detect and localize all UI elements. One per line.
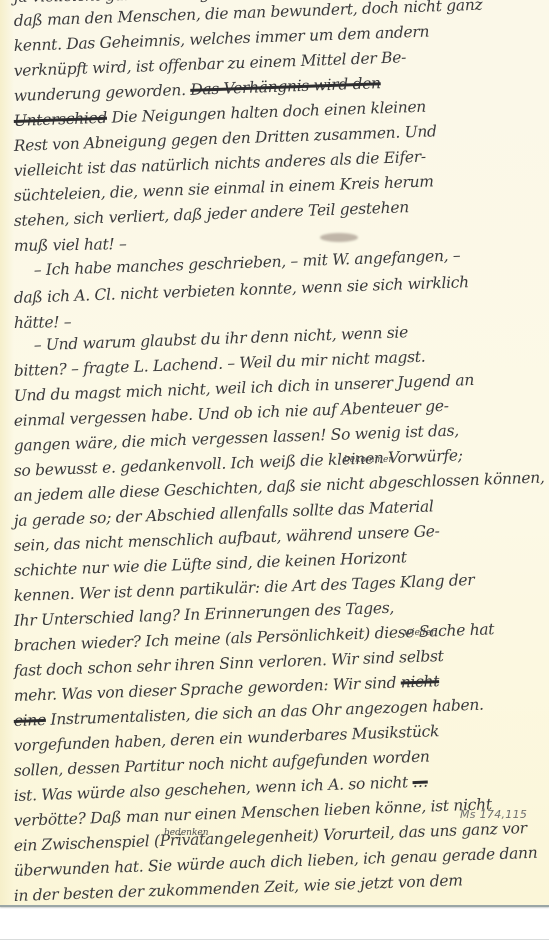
interlinear-insertion: wieder — [404, 628, 435, 638]
bottom-rule — [0, 939, 549, 940]
manuscript-page: ja vielleicht gar nicht so ganz … daß ma… — [0, 0, 549, 907]
interlinear-insertion: bekommen — [344, 455, 394, 465]
interlinear-insertion: bedenken — [164, 828, 209, 838]
struck-text: Unterschied — [13, 109, 107, 130]
struck-text: … — [412, 773, 428, 792]
struck-text: eine — [13, 711, 46, 730]
struck-text: nicht — [400, 672, 439, 691]
ink-smudge — [320, 233, 358, 242]
archive-signature: Ms 174,115 — [460, 808, 527, 821]
